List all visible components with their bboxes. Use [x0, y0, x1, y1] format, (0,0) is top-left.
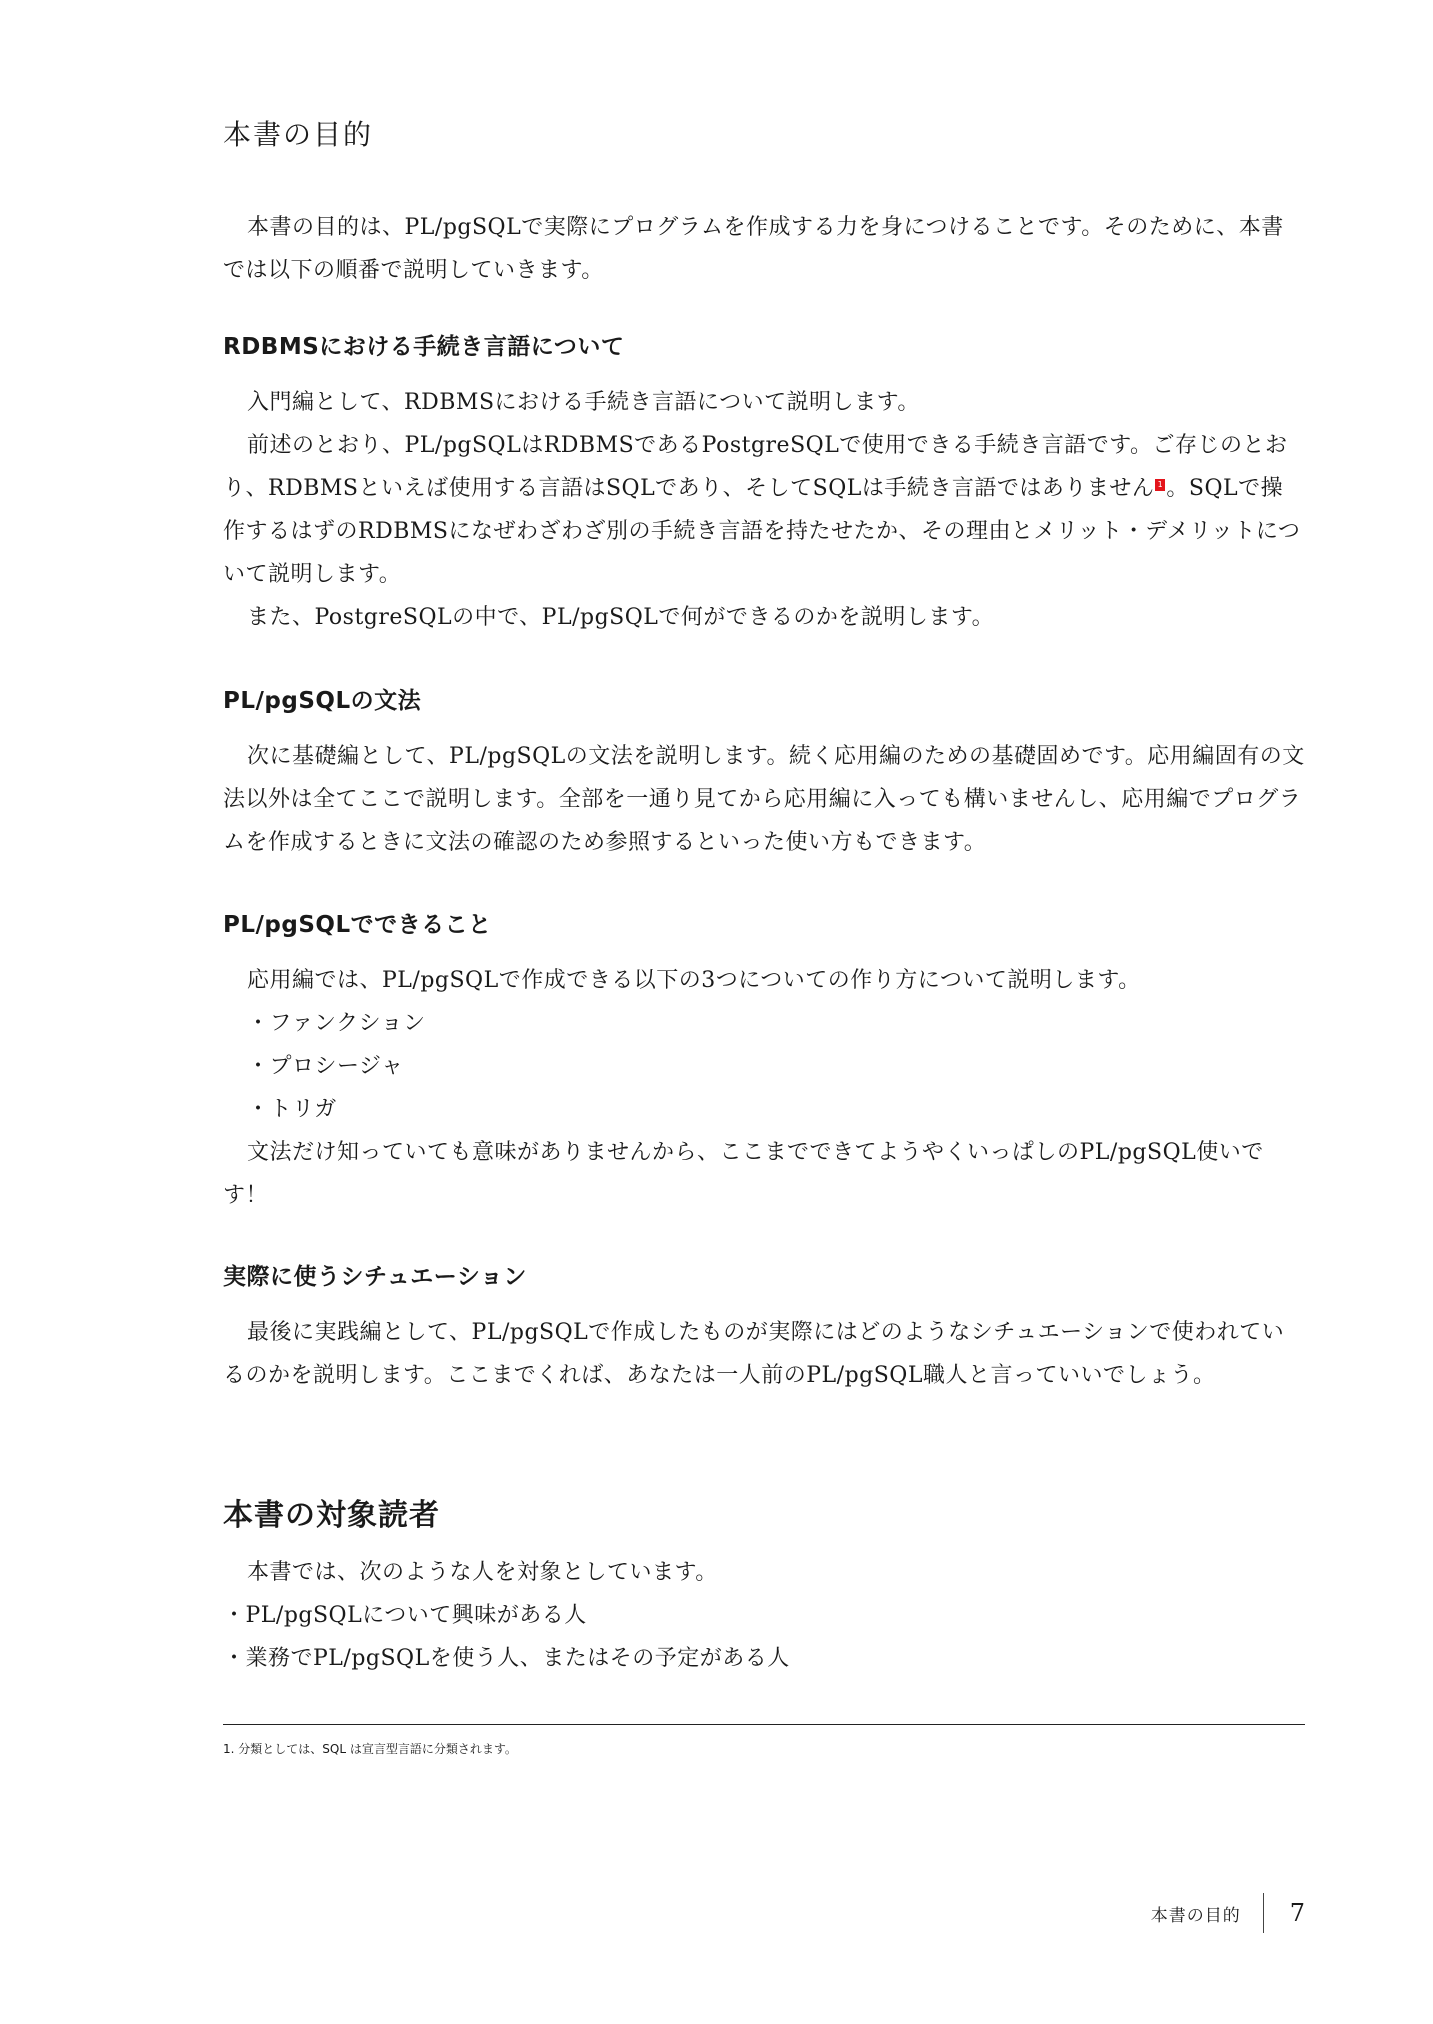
section-capabilities-para-2: 文法だけ知っていても意味がありませんから、ここまでできてようやくいっぱしのPL/…: [223, 1131, 1305, 1217]
section-rdbms-para-1: 入門編として、RDBMSにおける手続き言語について説明します。: [223, 381, 1305, 424]
section-heading-rdbms: RDBMSにおける手続き言語について: [223, 328, 624, 361]
section-heading-capabilities: PL/pgSQLでできること: [223, 906, 492, 939]
page-number: 7: [1290, 1899, 1305, 1927]
footnote-ref-1[interactable]: 1: [1155, 479, 1165, 491]
section-heading-syntax: PL/pgSQLの文法: [223, 682, 421, 715]
audience-title: 本書の対象読者: [223, 1490, 440, 1534]
section-situations-para-1: 最後に実践編として、PL/pgSQLで作成したものが実際にはどのようなシチュエー…: [223, 1311, 1305, 1397]
list-item-function: ・ファンクション: [247, 1002, 1329, 1045]
list-item-trigger: ・トリガ: [247, 1088, 1329, 1131]
list-item-procedure: ・プロシージャ: [247, 1045, 1329, 1088]
section-rdbms-para-3: また、PostgreSQLの中で、PL/pgSQLで何ができるのかを説明します。: [223, 596, 1305, 639]
footnote-divider: [223, 1724, 1305, 1725]
audience-item-2: ・業務でPL/pgSQLを使う人、またはその予定がある人: [223, 1637, 1305, 1680]
running-head: 本書の目的: [1151, 1901, 1241, 1926]
section-rdbms-para-2: 前述のとおり、PL/pgSQLはRDBMSであるPostgreSQLで使用できる…: [223, 424, 1305, 596]
section-syntax-para-1: 次に基礎編として、PL/pgSQLの文法を説明します。続く応用編のための基礎固め…: [223, 735, 1305, 864]
intro-paragraph: 本書の目的は、PL/pgSQLで実際にプログラムを作成する力を身につけることです…: [223, 206, 1305, 292]
para-text-before-ref: 前述のとおり、PL/pgSQLはRDBMSであるPostgreSQLで使用できる…: [223, 433, 1288, 501]
audience-intro: 本書では、次のような人を対象としています。: [223, 1551, 1305, 1594]
audience-item-1: ・PL/pgSQLについて興味がある人: [223, 1594, 1305, 1637]
footer-divider: [1263, 1893, 1264, 1933]
chapter-title: 本書の目的: [223, 113, 373, 153]
section-capabilities-para-1: 応用編では、PL/pgSQLで作成できる以下の3つについての作り方について説明し…: [223, 959, 1305, 1002]
section-heading-situations: 実際に使うシチュエーション: [223, 1258, 527, 1291]
page-footer: 本書の目的 7: [1151, 1893, 1305, 1933]
footnote-1: 1. 分類としては、SQL は宣言型言語に分類されます。: [223, 1740, 517, 1757]
